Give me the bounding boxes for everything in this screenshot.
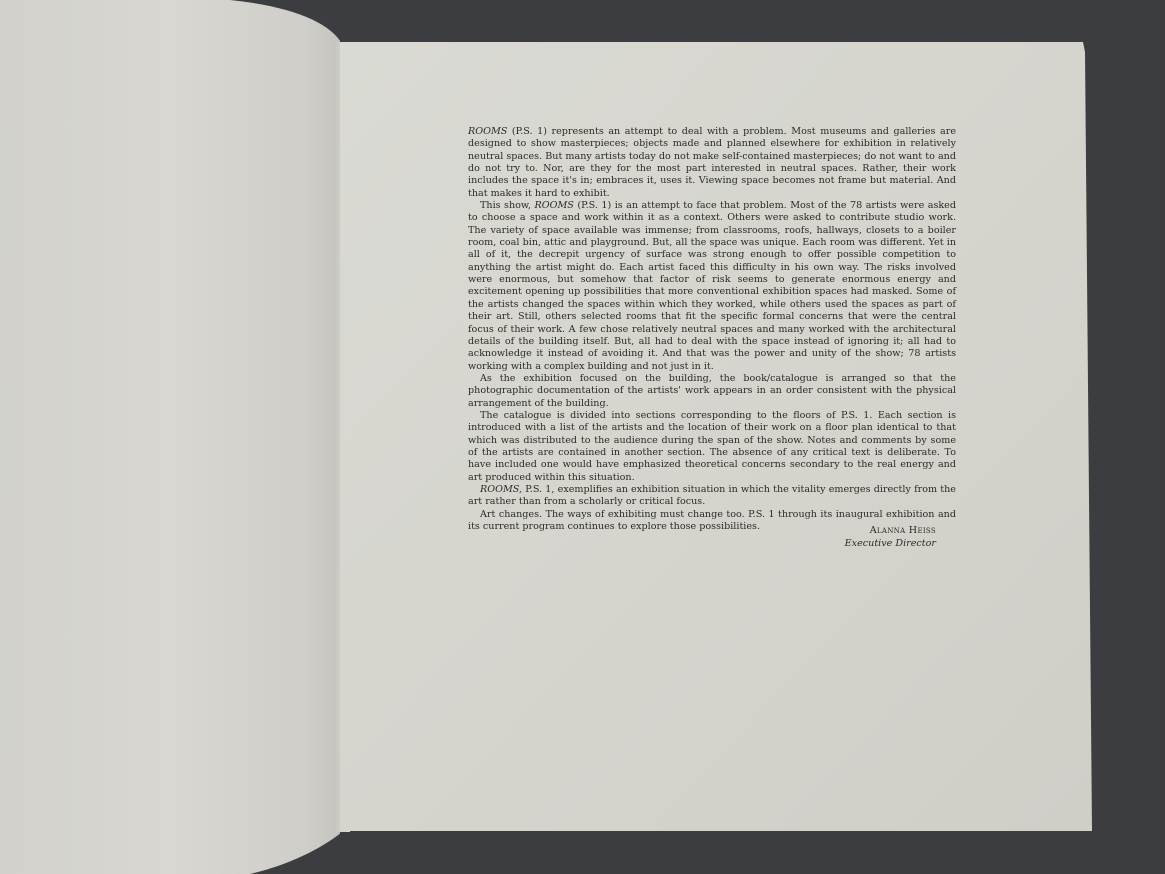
paragraph-4: The catalogue is divided into sections c… [468, 410, 956, 484]
signature-name: Alanna Heiss [845, 524, 936, 537]
title-italic: ROOMS [468, 126, 507, 137]
paragraph-2: This show, ROOMS (P.S. 1) is an attempt … [468, 200, 956, 373]
left-page [0, 0, 340, 874]
signature-title: Executive Director [845, 537, 936, 550]
paragraph-5: ROOMS, P.S. 1, exemplifies an exhibition… [468, 484, 956, 509]
paragraph-3: As the exhibition focused on the buildin… [468, 373, 956, 410]
signature-block: Alanna Heiss Executive Director [845, 524, 936, 550]
paragraph-1: ROOMS (P.S. 1) represents an attempt to … [468, 126, 956, 200]
title-italic: ROOMS [535, 200, 574, 211]
title-italic: ROOMS, [480, 484, 522, 495]
introduction-text: ROOMS (P.S. 1) represents an attempt to … [468, 126, 956, 533]
